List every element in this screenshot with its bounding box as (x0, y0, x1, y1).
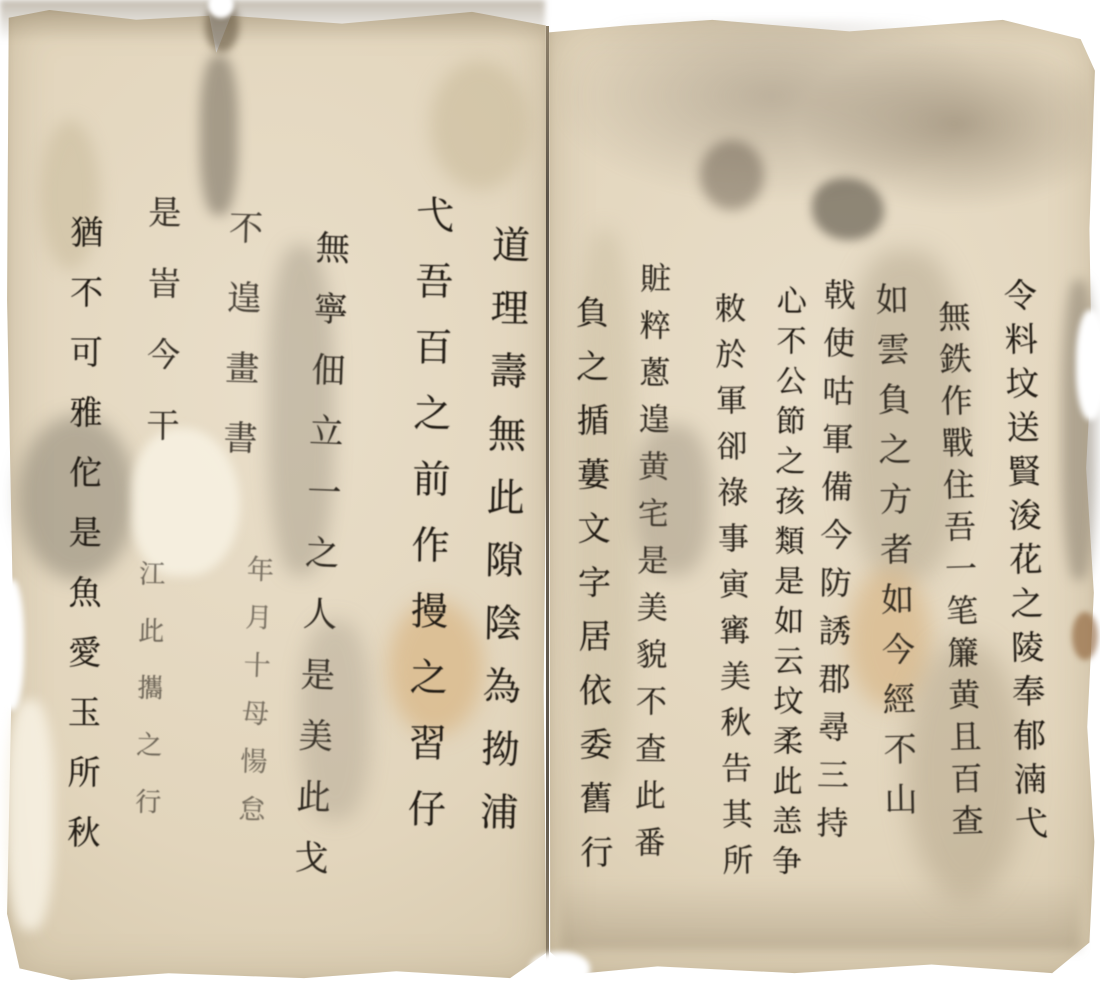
text-column-left-8: 猶不可雅佗是魚愛玉所秋 (65, 215, 101, 875)
text-column-right-4: 戟使咕軍備今防誘郡尋三持 (814, 278, 854, 854)
torn-edge (208, 0, 234, 18)
text-column-right-3: 如雲負之方者如今經不山 (874, 282, 917, 832)
text-column-right-5: 心不公節之孩類是如云坟柔此恙争 (768, 285, 803, 885)
manuscript-photo: 令料坟送賢浚花之陵奉郁湳弋無鉄作戰住吾一笔簾黄且百查如雲負之方者如今經不山戟使咕… (0, 0, 1100, 996)
text-column-right-8: 負之揗蔞文字居依委舊行 (574, 295, 612, 889)
text-column-left-4: 不遑畫書 (219, 210, 260, 491)
text-column-right-6: 敇於軍卻祿事寅寗美秋告其所 (711, 292, 750, 890)
text-column-left-7: 江此攜之行 (132, 560, 163, 845)
text-column-left-2: 弋吾百之前作摱之習仔 (404, 195, 451, 855)
center-fold-crease (546, 26, 549, 968)
text-column-right-7: 賍粹蔥遑黄宅是美貌不查此番 (630, 262, 667, 873)
text-column-left-6: 是峕今干 (144, 195, 179, 479)
